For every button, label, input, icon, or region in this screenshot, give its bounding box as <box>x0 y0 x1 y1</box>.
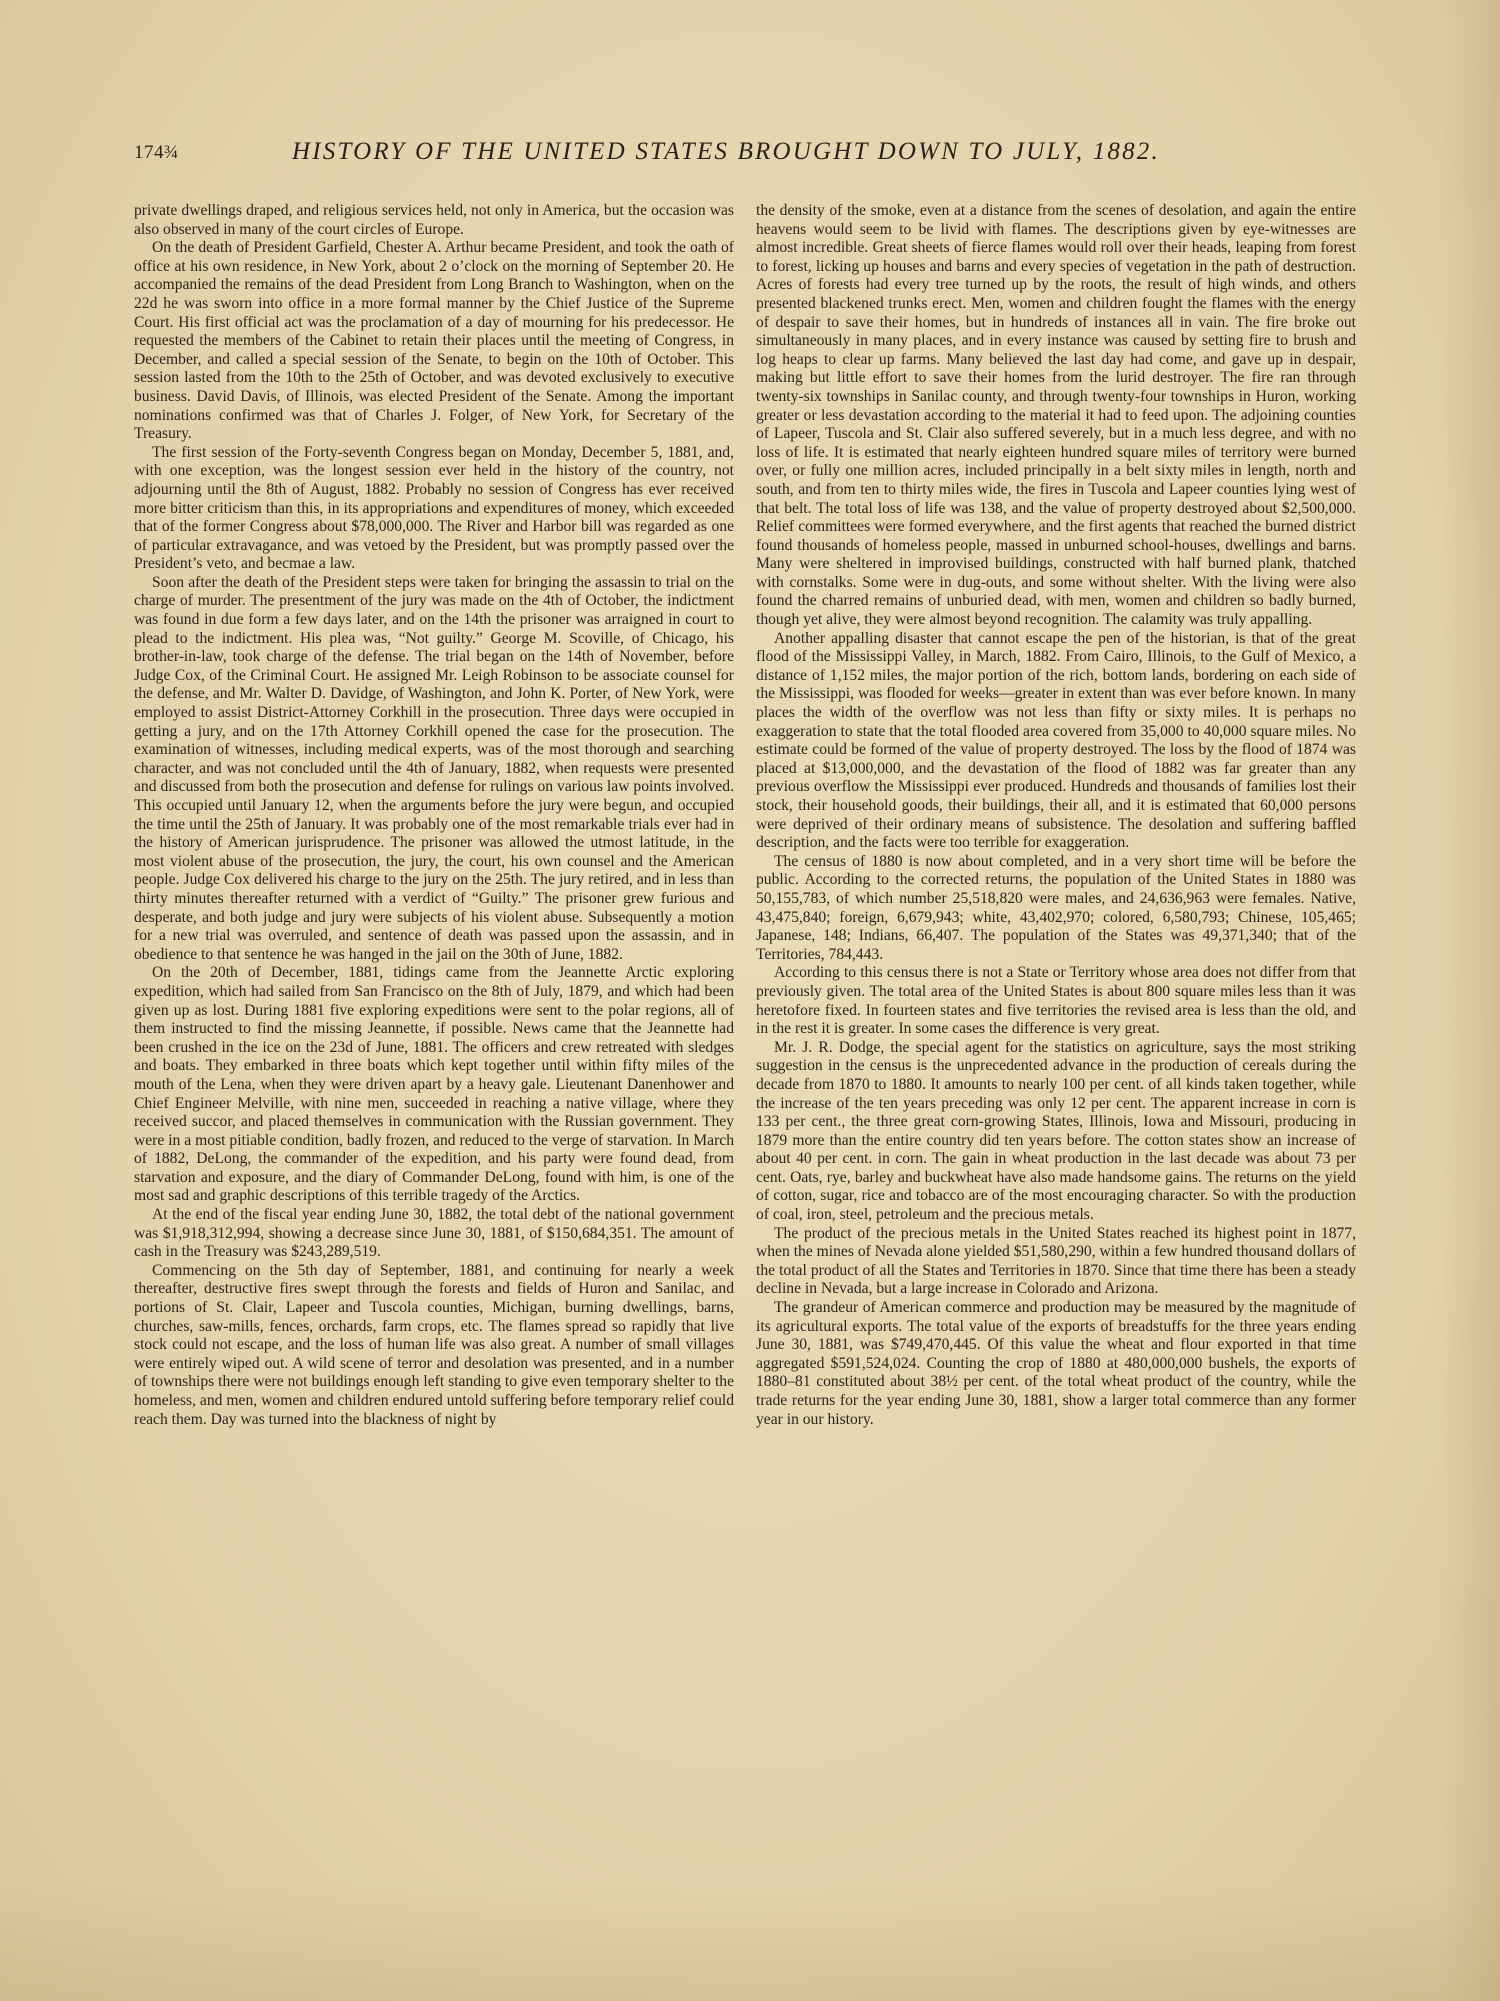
page-number: 174¾ <box>134 142 179 164</box>
page-header: 174¾ HISTORY OF THE UNITED STATES BROUGH… <box>134 138 1224 172</box>
left-column: private dwellings draped, and religious … <box>134 202 734 1429</box>
paragraph-arthur-presidency: On the death of President Garfield, Ches… <box>134 239 734 444</box>
paragraph-commerce-exports: The grandeur of American commerce and pr… <box>756 1299 1356 1429</box>
page-bottom-shading <box>0 1881 1500 2001</box>
paragraph-census-1880: The census of 1880 is now about complete… <box>756 853 1356 965</box>
page-edge-shading <box>1440 0 1500 2001</box>
paragraph-forty-seventh-congress: The first session of the Forty-seventh C… <box>134 444 734 574</box>
right-column: the density of the smoke, even at a dist… <box>756 202 1356 1429</box>
paragraph-agriculture: Mr. J. R. Dodge, the special agent for t… <box>756 1039 1356 1225</box>
paragraph-michigan-fires: Commencing on the 5th day of September, … <box>134 1262 734 1429</box>
paragraph-assassin-trial: Soon after the death of the President st… <box>134 574 734 964</box>
paragraph: private dwellings draped, and religious … <box>134 202 734 239</box>
paragraph-census-area: According to this census there is not a … <box>756 964 1356 1038</box>
paragraph-mississippi-flood: Another appalling disaster that cannot e… <box>756 630 1356 853</box>
paragraph-fires-continued: the density of the smoke, even at a dist… <box>756 202 1356 630</box>
running-title: HISTORY OF THE UNITED STATES BROUGHT DOW… <box>292 138 1160 166</box>
paragraph-national-debt: At the end of the fiscal year ending Jun… <box>134 1206 734 1262</box>
paragraph-precious-metals: The product of the precious metals in th… <box>756 1225 1356 1299</box>
paragraph-jeannette-expedition: On the 20th of December, 1881, tidings c… <box>134 964 734 1206</box>
